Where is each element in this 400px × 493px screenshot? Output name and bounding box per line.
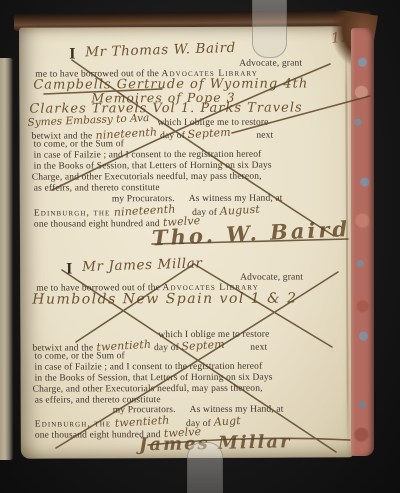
bookmark-tab-top	[252, 0, 287, 58]
session-line: in the Books of Session, that Letters of…	[34, 161, 272, 172]
advocate-grant-line: Advocate, grant	[240, 272, 303, 282]
procurators-witness-line: my Procurators.As witness my Hand, at	[113, 405, 284, 416]
session-line: in the Books of Session, that Letters of…	[35, 373, 273, 384]
borrower-name: Mr James Millar	[82, 255, 203, 275]
spine-page-edges	[0, 58, 14, 460]
register-page: 125. I Mr Thomas W. Baird Advocate, gran…	[19, 26, 354, 458]
marbled-fore-edge	[351, 28, 374, 456]
form-initial: I	[66, 260, 72, 278]
effeirs-line: as effeirs, and thereto constitute	[35, 395, 161, 406]
sum-line: to come, or the Sum of	[34, 139, 124, 149]
signed-month: August	[220, 203, 261, 218]
failzie-line: in case of Failzie ; and I consent to th…	[35, 362, 263, 373]
sum-line: to come, or the Sum of	[34, 351, 124, 361]
due-month: Septem	[182, 338, 226, 353]
form-initial: I	[69, 45, 75, 63]
due-month: Septem	[188, 126, 232, 141]
bookmark-tab-bottom	[187, 442, 223, 493]
charge-line: Charge, and other Executorials needful, …	[32, 172, 262, 183]
failzie-line: in case of Failzie ; and I consent to th…	[34, 150, 262, 161]
charge-line: Charge, and other Executorials needful, …	[33, 384, 263, 395]
advocate-grant-line: Advocate, grant	[239, 58, 302, 68]
signed-month: Augt	[214, 414, 242, 429]
photographed-ledger-page: 125. I Mr Thomas W. Baird Advocate, gran…	[0, 0, 400, 493]
book-title-line-1: Humbolds New Spain vol 1 & 2	[32, 291, 297, 308]
borrower-name: Mr Thomas W. Baird	[85, 40, 236, 61]
effeirs-line: as effeirs, and thereto constitute	[34, 183, 160, 194]
